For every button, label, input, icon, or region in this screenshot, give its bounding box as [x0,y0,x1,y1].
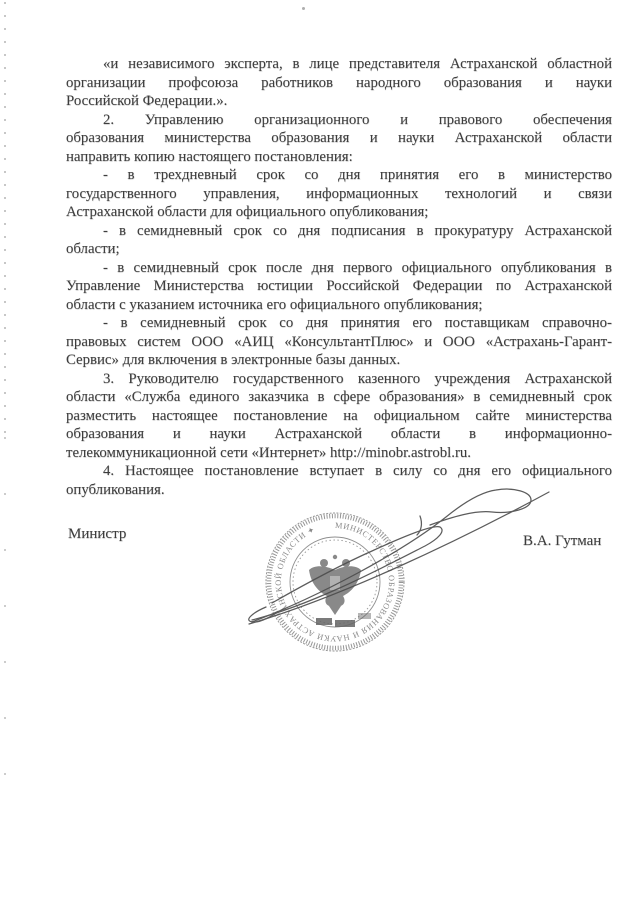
text-line: направить копию настоящего постановления… [66,148,612,167]
stamp-eagle-emblem [309,555,361,615]
text-line: образования министерства образования и н… [66,129,612,148]
stamp-registration-numbers [316,613,371,627]
text-line: государственного управления, информацион… [66,185,612,204]
text-line: - в трехдневный срок со дня принятия его… [66,166,612,185]
text-line: 2. Управлению организационного и правово… [66,111,612,130]
scan-edge-artifacts-top [4,2,6,437]
text-line: «и независимого эксперта, в лице предста… [66,55,612,74]
signatory-title: Министр [68,526,126,543]
signatory-name: В.А. Гутман [523,533,601,550]
text-line: Сервис» для включения в электронные базы… [66,351,612,370]
text-line: опубликования. [66,481,612,500]
official-round-stamp: МИНИСТЕРСТВО ОБРАЗОВАНИЯ И НАУКИ АСТРАХА… [263,510,407,654]
text-line: области с указанием источника его официа… [66,296,612,315]
text-line: Управление Министерства юстиции Российск… [66,277,612,296]
text-line: 4. Настоящее постановление вступает в си… [66,462,612,481]
signature-stroke-tick [417,516,421,535]
text-line: организации профсоюза работников народно… [66,74,612,93]
text-line: правовых систем ООО «АИЦ «КонсультантПлю… [66,333,612,352]
text-line: Астраханской области для официального оп… [66,203,612,222]
document-text: «и независимого эксперта, в лице предста… [66,55,612,499]
text-line: телекоммуникационной сети «Интернет» htt… [66,444,612,463]
text-line: разместить настоящее постановление на оф… [66,407,612,426]
text-line: - в семидневный срок после дня первого о… [66,259,612,278]
text-line: 3. Руководителю государственного казенно… [66,370,612,389]
text-line: образования и науки Астраханской области… [66,425,612,444]
text-line: - в семидневный срок со дня подписания в… [66,222,612,241]
text-line: - в семидневный срок со дня принятия его… [66,314,612,333]
text-line: области; [66,240,612,259]
scanned-document-page: «и независимого эксперта, в лице предста… [0,0,640,905]
scan-edge-artifacts-bottom [4,437,6,812]
text-line: области «Служба единого заказчика в сфер… [66,388,612,407]
scan-dot-artifact [302,7,305,10]
text-line: Российской Федерации.». [66,92,612,111]
